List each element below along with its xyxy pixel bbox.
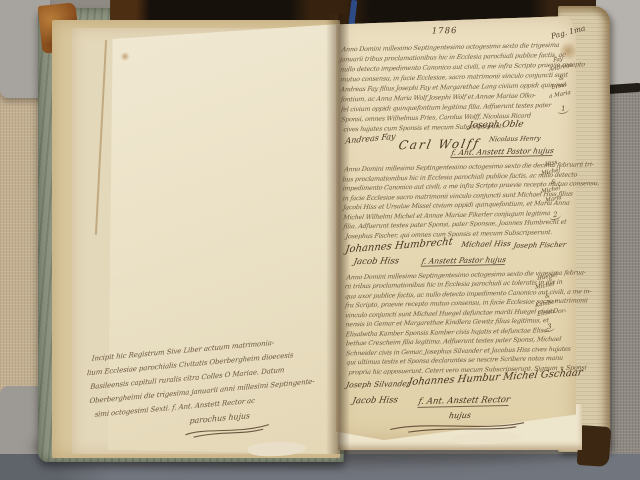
left-page-inscription: Incipit hic Registrum Sive Liber actuum … [92, 334, 342, 455]
entry-1-line: fontium, ac Anna Maria Wolf Josephi Wolf… [340, 92, 536, 103]
entry-3-line: nensis in Gemar et Margarethae Kindlera … [345, 317, 549, 328]
priest-signature: f. Ant. Anstett Pastor hujus [450, 146, 554, 158]
priest-signature: f. Anstett Pastor hujus [421, 255, 507, 267]
photo-of-open-register: Incipit hic Registrum Sive Liber actuum … [0, 0, 640, 480]
priest-signature: f. Ant. Anstett Rector [417, 395, 511, 408]
signature: Nicolaus Henry [489, 134, 542, 143]
signature: Jacob Hiss [352, 395, 399, 406]
right-page-script: 1786 Anno Domini millesimo Septingentesi… [340, 22, 579, 437]
year-heading: 1786 [432, 26, 458, 37]
signature: Jacob Hiss [353, 256, 400, 267]
flourish-mark [388, 417, 528, 436]
ink-stain [120, 52, 130, 61]
signature: Michael Hiss [461, 239, 512, 249]
signature: Joseph Fischer [513, 241, 567, 250]
signature: Andreas Fay [345, 132, 396, 146]
signature: Joseph Oble [468, 120, 525, 131]
signature: Joseph Silvander [345, 379, 411, 389]
